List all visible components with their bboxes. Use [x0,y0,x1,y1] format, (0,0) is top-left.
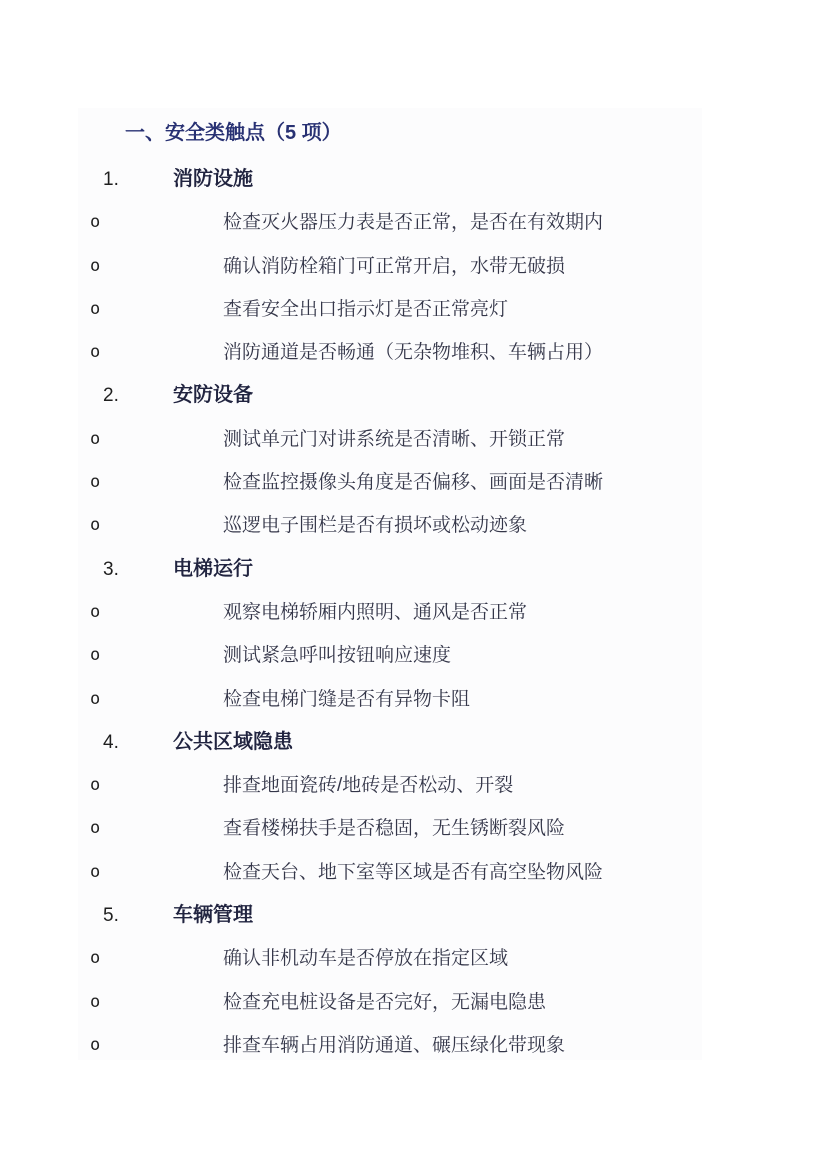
section-number: 5. [103,894,119,937]
bullet-marker: o [90,504,100,547]
checklist-item-text: 查看楼梯扶手是否稳固，无生锈断裂风险 [223,807,565,850]
bullet-marker: o [90,591,100,634]
checklist-item-text: 确认消防栓箱门可正常开启，水带无破损 [223,245,565,288]
list-item: o 巡逻电子围栏是否有损坏或松动迹象 [78,504,702,547]
document-canvas: 一、安全类触点（5 项） 1. 消防设施 o 检查灭火器压力表是否正常，是否在有… [0,0,826,1169]
section-heading: 公共区域隐患 [173,721,293,764]
checklist-item-text: 确认非机动车是否停放在指定区域 [223,937,508,980]
checklist-item-text: 排查车辆占用消防通道、碾压绿化带现象 [223,1024,565,1067]
checklist-item-text: 检查充电桩设备是否完好，无漏电隐患 [223,981,546,1024]
checklist-item-text: 测试紧急呼叫按钮响应速度 [223,634,451,677]
document-page: 一、安全类触点（5 项） 1. 消防设施 o 检查灭火器压力表是否正常，是否在有… [78,108,702,1060]
section-heading: 电梯运行 [173,548,253,591]
list-item: o 检查充电桩设备是否完好，无漏电隐患 [78,981,702,1024]
bullet-marker: o [90,418,100,461]
checklist-item-text: 检查监控摄像头角度是否偏移、画面是否清晰 [223,461,603,504]
list-item: o 确认消防栓箱门可正常开启，水带无破损 [78,245,702,288]
bullet-marker: o [90,288,100,331]
section-number: 3. [103,548,119,591]
section-number: 2. [103,374,119,417]
checklist-item-text: 检查电梯门缝是否有异物卡阻 [223,678,470,721]
bullet-marker: o [90,678,100,721]
bullet-marker: o [90,807,100,850]
section-heading: 消防设施 [173,158,253,201]
list-item: o 观察电梯轿厢内照明、通风是否正常 [78,591,702,634]
checklist: 1. 消防设施 o 检查灭火器压力表是否正常，是否在有效期内 o 确认消防栓箱门… [78,158,702,1067]
section-heading-row: 2. 安防设备 [78,374,702,417]
section-heading: 车辆管理 [173,894,253,937]
section-heading-row: 5. 车辆管理 [78,894,702,937]
bullet-marker: o [90,461,100,504]
checklist-item-text: 查看安全出口指示灯是否正常亮灯 [223,288,508,331]
checklist-item-text: 消防通道是否畅通（无杂物堆积、车辆占用） [223,331,603,374]
list-item: o 查看楼梯扶手是否稳固，无生锈断裂风险 [78,807,702,850]
list-item: o 排查地面瓷砖/地砖是否松动、开裂 [78,764,702,807]
checklist-item-text: 排查地面瓷砖/地砖是否松动、开裂 [223,764,513,807]
list-item: o 检查天台、地下室等区域是否有高空坠物风险 [78,851,702,894]
checklist-item-text: 观察电梯轿厢内照明、通风是否正常 [223,591,527,634]
checklist-item-text: 检查天台、地下室等区域是否有高空坠物风险 [223,851,603,894]
section-heading-row: 1. 消防设施 [78,158,702,201]
bullet-marker: o [90,331,100,374]
checklist-item-text: 巡逻电子围栏是否有损坏或松动迹象 [223,504,527,547]
section-heading: 安防设备 [173,374,253,417]
list-item: o 确认非机动车是否停放在指定区域 [78,937,702,980]
section-number: 1. [103,158,119,201]
list-item: o 测试单元门对讲系统是否清晰、开锁正常 [78,418,702,461]
bullet-marker: o [90,201,100,244]
bullet-marker: o [90,764,100,807]
list-item: o 检查灭火器压力表是否正常，是否在有效期内 [78,201,702,244]
section-heading-row: 3. 电梯运行 [78,548,702,591]
bullet-marker: o [90,851,100,894]
checklist-item-text: 检查灭火器压力表是否正常，是否在有效期内 [223,201,603,244]
bullet-marker: o [90,1024,100,1067]
bullet-marker: o [90,981,100,1024]
bullet-marker: o [90,245,100,288]
list-item: o 检查电梯门缝是否有异物卡阻 [78,678,702,721]
list-item: o 消防通道是否畅通（无杂物堆积、车辆占用） [78,331,702,374]
checklist-item-text: 测试单元门对讲系统是否清晰、开锁正常 [223,418,565,461]
page-title: 一、安全类触点（5 项） [78,108,702,148]
section-number: 4. [103,721,119,764]
section-heading-row: 4. 公共区域隐患 [78,721,702,764]
bullet-marker: o [90,937,100,980]
bullet-marker: o [90,634,100,677]
list-item: o 排查车辆占用消防通道、碾压绿化带现象 [78,1024,702,1067]
list-item: o 测试紧急呼叫按钮响应速度 [78,634,702,677]
list-item: o 检查监控摄像头角度是否偏移、画面是否清晰 [78,461,702,504]
list-item: o 查看安全出口指示灯是否正常亮灯 [78,288,702,331]
